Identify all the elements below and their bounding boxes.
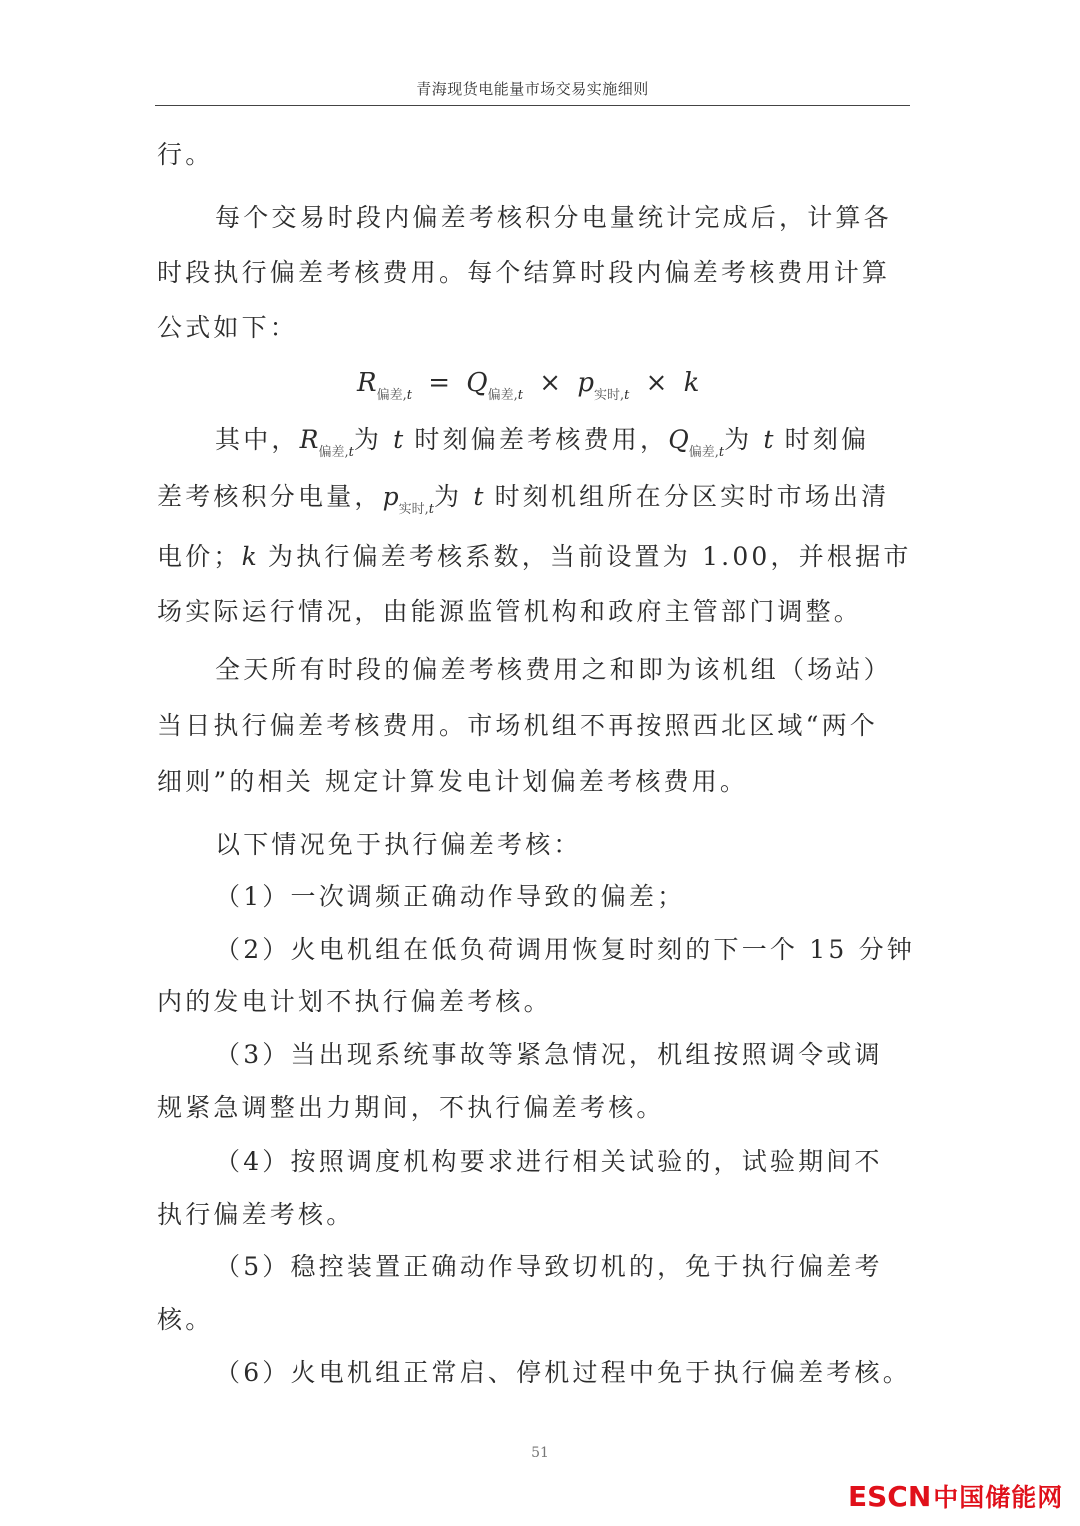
text-span: 电价； [157, 542, 242, 571]
paragraph-line: 时段执行偏差考核费用。每个结算时段内偏差考核费用计算 [157, 258, 890, 288]
list-item-5: （5）稳控装置正确动作导致切机的，免于执行偏差考 [215, 1252, 883, 1282]
formula-var-k: k [684, 368, 700, 398]
text-span: 时刻偏差考核费用， [414, 425, 668, 454]
subscript-label: 偏差, [488, 388, 518, 403]
inline-var-t: t [763, 425, 773, 454]
text-span: 其中， [215, 425, 300, 454]
text-span: 为 [724, 425, 752, 454]
list-item-4-cont: 执行偏差考核。 [157, 1200, 354, 1230]
text-span: 差考核积分电量， [157, 482, 383, 511]
paragraph-line: 当日执行偏差考核费用。市场机组不再按照西北区域“两个 [157, 711, 878, 741]
paragraph-line: 其中，R偏差,t为 t 时刻偏差考核费用，Q偏差,t为 t 时刻偏 [215, 425, 869, 468]
inline-var-q: Q [668, 425, 689, 454]
paragraph-line: 电价；k 为执行偏差考核系数，当前设置为 1.00，并根据市 [157, 542, 912, 572]
list-item-5-cont: 核。 [157, 1305, 213, 1335]
list-item-3-cont: 规紧急调整出力期间，不执行偏差考核。 [157, 1093, 665, 1123]
page-number: 51 [0, 1445, 1080, 1461]
subscript-label: 偏差, [377, 388, 407, 403]
paragraph-line: 差考核积分电量，p实时,t为 t 时刻机组所在分区实时市场出清 [157, 482, 889, 525]
formula: R偏差,t = Q偏差,t × p实时,t × k [357, 368, 699, 403]
list-item-2-cont: 内的发电计划不执行偏差考核。 [157, 987, 552, 1017]
subscript-label: 偏差, [318, 445, 348, 460]
text-span: 为 [354, 425, 382, 454]
formula-var-p: p [577, 368, 594, 398]
list-item-4: （4）按照调度机构要求进行相关试验的，试验期间不 [215, 1147, 883, 1177]
list-item-6: （6）火电机组正常启、停机过程中免于执行偏差考核。 [215, 1358, 911, 1388]
inline-var-k: k [242, 542, 257, 571]
paragraph-line: 以下情况免于执行偏差考核： [215, 830, 582, 860]
inline-var-r: R [300, 425, 319, 454]
header-divider [155, 105, 910, 106]
subscript-t: t [518, 388, 523, 403]
logo-text-cn: 中国储能网 [933, 1483, 1063, 1512]
inline-var-t: t [473, 482, 483, 511]
running-header-title: 青海现货电能量市场交易实施细则 [155, 78, 910, 99]
text-span: 为 [434, 482, 462, 511]
escn-watermark-logo: ESCN中国储能网 [848, 1478, 1063, 1514]
list-item-1: （1）一次调频正确动作导致的偏差； [215, 882, 685, 912]
text-span: 时刻机组所在分区实时市场出清 [495, 482, 890, 511]
subscript-t: t [407, 388, 412, 403]
list-item-2: （2）火电机组在低负荷调用恢复时刻的下一个 15 分钟 [215, 935, 915, 965]
logo-text-en: ESCN [848, 1480, 931, 1513]
paragraph-line: 全天所有时段的偏差考核费用之和即为该机组（场站） [215, 655, 892, 685]
subscript-label: 实时, [594, 388, 624, 403]
times-sign: × [539, 368, 561, 398]
formula-var-q: Q [466, 368, 487, 398]
subscript-t: t [624, 388, 629, 403]
text-span: 为执行偏差考核系数，当前设置为 1.00，并根据市 [268, 542, 912, 571]
paragraph-line: 每个交易时段内偏差考核积分电量统计完成后，计算各 [215, 203, 892, 233]
inline-var-t: t [393, 425, 403, 454]
paragraph-line: 公式如下： [157, 313, 298, 343]
list-item-3: （3）当出现系统事故等紧急情况，机组按照调令或调 [215, 1040, 883, 1070]
equals-sign: = [428, 368, 450, 398]
inline-var-p: p [383, 482, 399, 511]
subscript-label: 实时, [399, 502, 429, 517]
text-line: 行。 [157, 140, 213, 170]
paragraph-line: 细则”的相关 规定计算发电计划偏差考核费用。 [157, 767, 748, 797]
text-span: 时刻偏 [785, 425, 870, 454]
times-sign: × [646, 368, 668, 398]
formula-var-r: R [357, 368, 377, 398]
subscript-label: 偏差, [689, 445, 719, 460]
paragraph-line: 场实际运行情况，由能源监管机构和政府主管部门调整。 [157, 597, 862, 627]
